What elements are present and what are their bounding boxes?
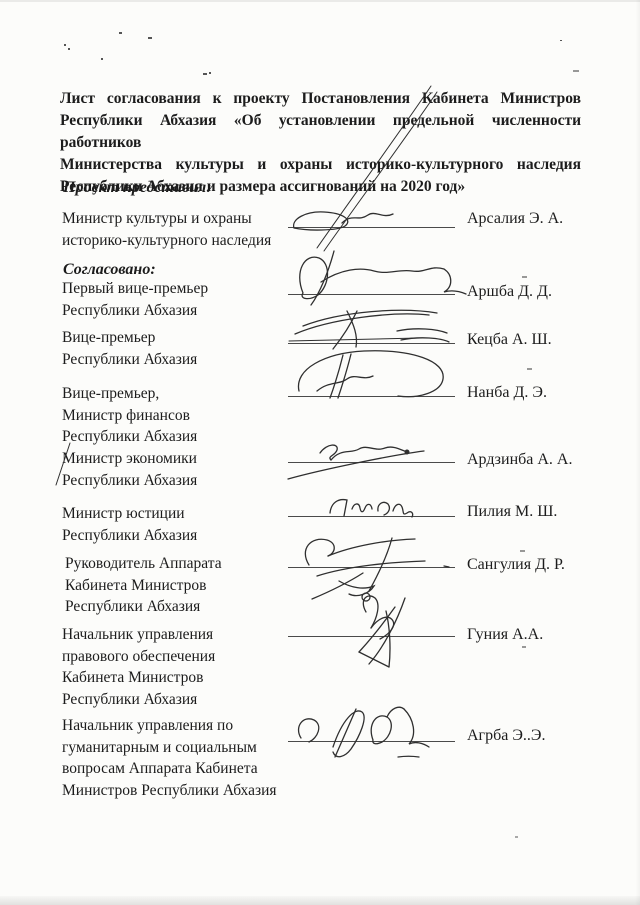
signatory-role: Первый вице-премьер Республики Абхазия — [62, 278, 288, 321]
scan-edge-top — [0, 0, 640, 2]
role-line: Республики Абхазия — [62, 525, 288, 547]
agreed-heading: Согласовано: — [63, 261, 156, 279]
role-line: Кабинета Министров — [62, 667, 288, 689]
signatory-name: Нанба Д. Э. — [467, 384, 547, 402]
title-line: Лист согласования к проекту Постановлени… — [60, 88, 581, 110]
signatory-name: Аршба Д. Д. — [467, 283, 552, 301]
signature-agrba — [299, 707, 429, 757]
role-line: Республики Абхазия — [62, 300, 288, 322]
signatory-role: Начальник управления по гуманитарным и с… — [62, 715, 288, 801]
role-line: историко-культурного наследия — [62, 230, 288, 252]
signature-gunia — [359, 596, 405, 667]
role-line: Министр финансов — [62, 405, 288, 427]
signatory-role: Вице-премьер Республики Абхазия — [62, 327, 288, 370]
signature-arshba — [300, 251, 466, 305]
scanned-document-page: Лист согласования к проекту Постановлени… — [0, 0, 640, 905]
role-line: Республики Абхазия — [62, 689, 288, 711]
signatory-name: Пилия М. Ш. — [467, 503, 557, 521]
title-line: Республики Абхазия «Об установлении пред… — [60, 110, 581, 154]
signature-line — [288, 636, 455, 637]
signatory-name: Сангулия Д. Р. — [467, 556, 565, 574]
role-line: Начальник управления — [62, 624, 288, 646]
signatory-role: Вице-премьер, Министр финансов Республик… — [62, 383, 288, 448]
signatory-role: Начальник управления правового обеспечен… — [62, 624, 288, 710]
title-line: Министерства культуры и охраны историко-… — [60, 154, 581, 176]
role-line: Начальник управления по — [62, 715, 288, 737]
signatory-name: Агрба Э..Э. — [467, 727, 545, 745]
signatory-name: Гуния А.А. — [467, 626, 543, 644]
role-line: Вице-премьер — [62, 327, 288, 349]
signature-line — [288, 567, 455, 568]
role-line: Руководитель Аппарата — [65, 553, 291, 575]
role-line: Республики Абхазия — [65, 596, 291, 618]
signatory-name: Кецба А. Ш. — [467, 331, 552, 349]
signature-line — [288, 462, 455, 463]
role-line: Вице-премьер, — [62, 383, 288, 405]
role-line: Республики Абхазия — [62, 470, 288, 492]
signatory-role: Министр культуры и охраны историко-культ… — [62, 208, 288, 251]
signature-line — [288, 294, 455, 295]
role-line: Министр юстиции — [62, 503, 288, 525]
signatory-role: Министр юстиции Республики Абхазия — [62, 503, 288, 546]
signatory-role: Руководитель Аппарата Кабинета Министров… — [62, 553, 291, 618]
signature-pilia — [330, 500, 413, 517]
role-line: Министров Республики Абхазия — [62, 780, 288, 802]
role-line: Министр экономики — [62, 448, 288, 470]
presented-heading: Проект представил: — [63, 179, 212, 197]
signatory-name: Ардзинба А. А. — [467, 451, 572, 469]
role-line: Министр культуры и охраны — [62, 208, 288, 230]
signature-line — [288, 343, 455, 344]
role-line: гуманитарным и социальным — [62, 737, 288, 759]
role-line: Первый вице-премьер — [62, 278, 288, 300]
role-line: Кабинета Министров — [65, 575, 291, 597]
signature-line — [288, 741, 455, 742]
signature-sangulia — [305, 538, 449, 601]
signatory-name: Арсалия Э. А. — [467, 210, 563, 228]
role-line: правового обеспечения — [62, 646, 288, 668]
signature-line — [288, 227, 455, 228]
scan-edge-bottom — [0, 896, 640, 905]
role-line: вопросам Аппарата Кабинета — [62, 758, 288, 780]
scan-edge-right — [635, 0, 640, 905]
role-line: Республики Абхазия — [62, 426, 288, 448]
signatory-role: Министр экономики Республики Абхазия — [62, 448, 288, 491]
signature-line — [288, 396, 455, 397]
signature-line — [288, 516, 455, 517]
signature-nanba — [298, 351, 443, 398]
role-line: Республики Абхазия — [62, 349, 288, 371]
